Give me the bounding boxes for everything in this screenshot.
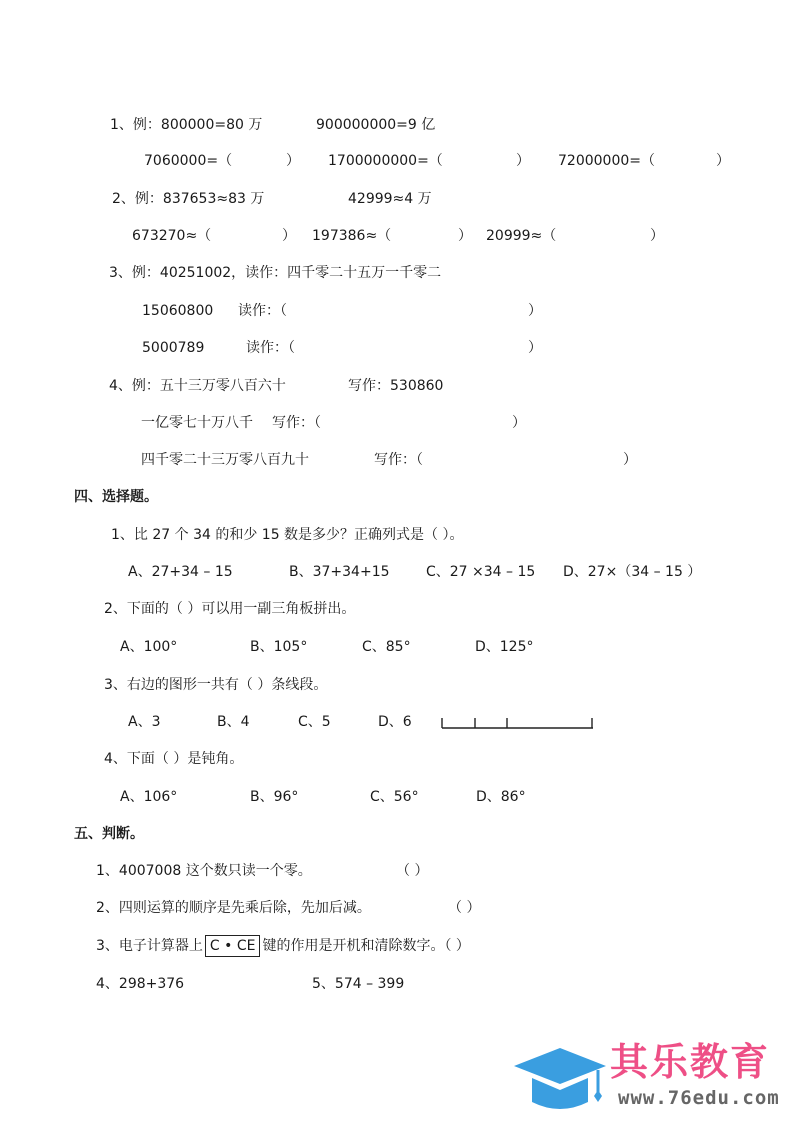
q4-item-2-close: ）	[623, 451, 637, 469]
q2-item-3-close: ）	[650, 227, 664, 245]
q4-item-2-words: 四千零二十三万零八百九十	[141, 451, 309, 469]
section4-heading: 四、选择题。	[74, 488, 158, 506]
mc1-option-b: B、37+34+15	[289, 563, 390, 581]
tf1-blank: （ ）	[396, 862, 428, 880]
tf2-text: 2、四则运算的顺序是先乘后除，先加后减。	[96, 899, 371, 917]
q1-example-a: 1、例：800000=80 万	[110, 116, 262, 134]
mc2-option-b: B、105°	[250, 638, 307, 656]
mc1-option-c: C、27 ×34 – 15	[426, 563, 535, 581]
q1-item-1: 7060000=（	[144, 152, 232, 170]
q4-item-1-label: 写作：（	[272, 414, 321, 432]
q1-item-2: 1700000000=（	[328, 152, 443, 170]
q1-item-2-close: ）	[516, 152, 530, 170]
q1-item-3-close: ）	[716, 152, 730, 170]
q4-item-1-words: 一亿零七十万八千	[141, 414, 253, 432]
calc-5: 5、574 – 399	[312, 975, 404, 993]
q4-example-answer: 写作：530860	[348, 377, 443, 395]
q2-example-b: 42999≈4 万	[348, 190, 432, 208]
q3-item-1-close: ）	[528, 302, 542, 320]
mc3-option-d: D、6	[378, 713, 412, 731]
mc1-question: 1、比 27 个 34 的和少 15 数是多少？正确列式是（ ）。	[111, 526, 464, 544]
q2-item-1: 673270≈（	[132, 227, 211, 245]
q2-item-3: 20999≈（	[486, 227, 556, 245]
q4-example: 4、例：五十三万零八百六十	[109, 377, 286, 395]
mc3-option-a: A、3	[128, 713, 160, 731]
mc4-option-a: A、106°	[120, 788, 177, 806]
mc4-option-d: D、86°	[476, 788, 526, 806]
q1-item-3: 72000000=（	[558, 152, 655, 170]
q3-example: 3、例：40251002，读作：四千零二十五万一千零二	[109, 264, 441, 282]
mc2-question: 2、下面的（ ）可以用一副三角板拼出。	[104, 600, 355, 618]
logo-title: 其乐教育	[610, 1040, 770, 1084]
mc1-option-a: A、27+34 – 15	[128, 563, 233, 581]
mc3-option-b: B、4	[217, 713, 250, 731]
graduation-cap-icon	[510, 1044, 610, 1112]
q2-example-a: 2、例：837653≈83 万	[112, 190, 264, 208]
mc2-option-a: A、100°	[120, 638, 177, 656]
q3-item-2-close: ）	[528, 339, 542, 357]
q2-item-1-close: ）	[282, 227, 296, 245]
q2-item-2-close: ）	[458, 227, 472, 245]
q3-item-1-number: 15060800	[142, 302, 213, 320]
mc4-option-c: C、56°	[370, 788, 419, 806]
mc2-option-c: C、85°	[362, 638, 411, 656]
tf3-text-after: 键的作用是开机和清除数字。	[262, 938, 444, 954]
line-segment-figure	[440, 713, 594, 731]
q3-item-1-label: 读作：（	[238, 302, 287, 320]
mc2-option-d: D、125°	[475, 638, 534, 656]
calc-4: 4、298+376	[96, 975, 184, 993]
q3-item-2-number: 5000789	[142, 339, 204, 357]
tf3-blank: （ ）	[444, 938, 469, 954]
q4-item-2-label: 写作：（	[374, 451, 423, 469]
mc4-option-b: B、96°	[250, 788, 298, 806]
brand-logo: 其乐教育 www.76edu.com	[510, 1040, 790, 1116]
mc4-question: 4、下面（ ）是钝角。	[104, 750, 243, 768]
tf3-line: 3、电子计算器上C • CE键的作用是开机和清除数字。（ ）	[96, 935, 470, 957]
mc3-question: 3、右边的图形一共有（ ）条线段。	[104, 676, 327, 694]
tf2-blank: （ ）	[448, 899, 480, 917]
calculator-key-c-ce: C • CE	[205, 935, 261, 957]
tf1-text: 1、4007008 这个数只读一个零。	[96, 862, 312, 880]
tf3-text-before: 3、电子计算器上	[96, 938, 203, 954]
mc1-option-d: D、27×（34 – 15 ）	[563, 563, 701, 581]
q3-item-2-label: 读作：（	[246, 339, 295, 357]
q2-item-2: 197386≈（	[312, 227, 391, 245]
mc3-option-c: C、5	[298, 713, 331, 731]
q4-item-1-close: ）	[512, 414, 526, 432]
q1-item-1-close: ）	[286, 152, 300, 170]
q1-example-b: 900000000=9 亿	[316, 116, 435, 134]
section5-heading: 五、判断。	[74, 825, 144, 843]
logo-url: www.76edu.com	[618, 1086, 780, 1110]
